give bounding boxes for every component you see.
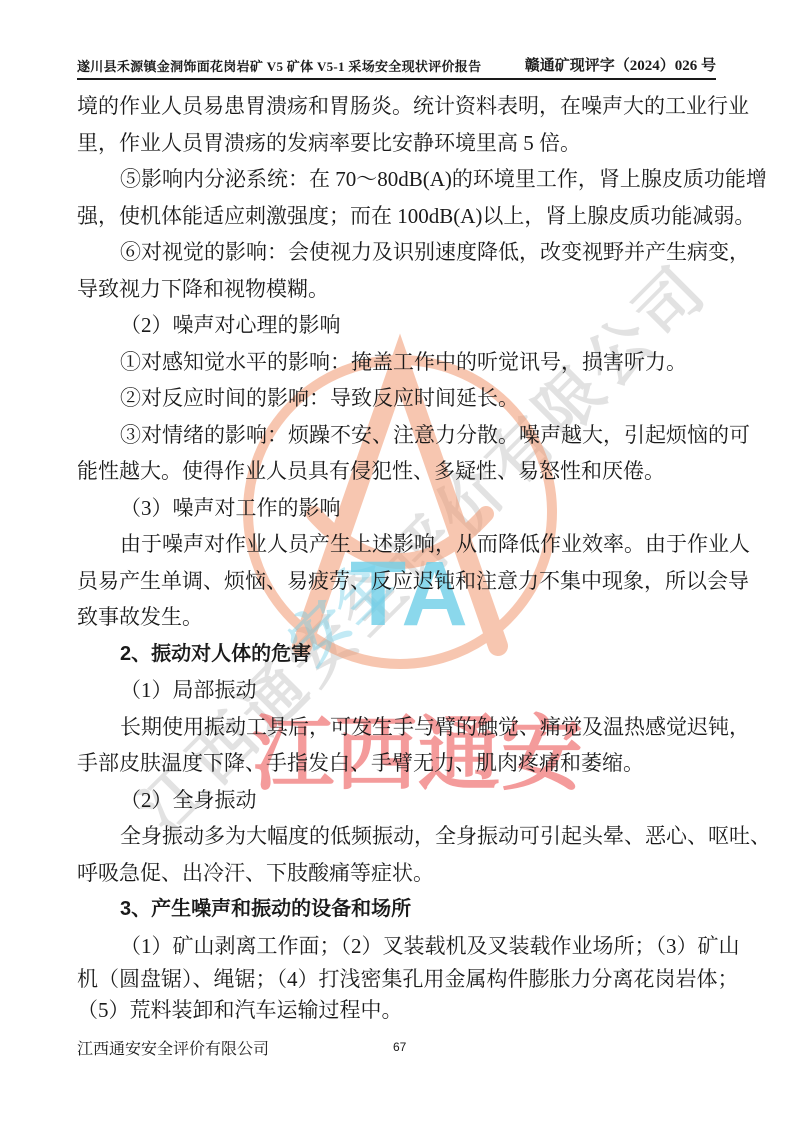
body-line: （2）全身振动 [77,782,722,819]
page-footer: 江西通安安全评价有限公司 67 [77,1036,716,1060]
header-report-title: 遂川县禾源镇金洞饰面花岗岩矿 V5 矿体 V5-1 采场安全现状评价报告 [77,56,481,75]
body-line: （5）荒料装卸和汽车运输过程中。 [77,995,722,1026]
body-line: （1）矿山剥离工作面；（2）叉装载机及叉装载作业场所；（3）矿山 [77,928,722,965]
footer-company-name: 江西通安安全评价有限公司 [77,1036,269,1059]
page-content: 遂川县禾源镇金洞饰面花岗岩矿 V5 矿体 V5-1 采场安全现状评价报告 赣通矿… [0,0,793,1122]
body-line: 手部皮肤温度下降、手指发白、手臂无力、肌肉疼痛和萎缩。 [77,745,722,782]
body-line: 长期使用振动工具后，可发生手与臂的触觉、痛觉及温热感觉迟钝， [77,709,722,746]
body-line: 员易产生单调、烦恼、易疲劳、反应迟钝和注意力不集中现象，所以会导 [77,563,722,600]
body-line: （3）噪声对工作的影响 [77,490,722,527]
page-number: 67 [393,1040,406,1054]
body-text: 境的作业人员易患胃溃疡和胃肠炎。统计资料表明，在噪声大的工业行业里，作业人员胃溃… [77,88,722,1026]
body-line: 境的作业人员易患胃溃疡和胃肠炎。统计资料表明，在噪声大的工业行业 [77,88,722,125]
body-line: 由于噪声对作业人员产生上述影响，从而降低作业效率。由于作业人 [77,526,722,563]
section-heading: 2、振动对人体的危害 [77,636,722,673]
body-line: ⑥对视觉的影响：会使视力及识别速度降低，改变视野并产生病变， [77,234,722,271]
document-page: 江西通安全评价有限公司 安全 TA 江西通安 遂川县禾源镇金洞饰面花岗岩矿 V5… [0,0,793,1122]
header-document-number: 赣通矿现评字（2024）026 号 [525,54,716,75]
body-line: 里，作业人员胃溃疡的发病率要比安静环境里高 5 倍。 [77,125,722,162]
body-line: ⑤影响内分泌系统：在 70～80dB(A)的环境里工作，肾上腺皮质功能增 [77,161,722,198]
body-line: 机（圆盘锯）、绳锯；（4）打浅密集孔用金属构件膨胀力分离花岗岩体； [77,964,722,995]
body-line: （2）噪声对心理的影响 [77,307,722,344]
section-heading: 3、产生噪声和振动的设备和场所 [77,891,722,928]
page-header: 遂川县禾源镇金洞饰面花岗岩矿 V5 矿体 V5-1 采场安全现状评价报告 赣通矿… [77,50,716,80]
body-line: 致事故发生。 [77,599,722,636]
body-line: ③对情绪的影响：烦躁不安、注意力分散。噪声越大，引起烦恼的可 [77,417,722,454]
body-line: 呼吸急促、出冷汗、下肢酸痛等症状。 [77,855,722,892]
body-line: ①对感知觉水平的影响：掩盖工作中的听觉讯号，损害听力。 [77,344,722,381]
body-line: 能性越大。使得作业人员具有侵犯性、多疑性、易怒性和厌倦。 [77,453,722,490]
body-line: 强，使机体能适应刺激强度；而在 100dB(A)以上，肾上腺皮质功能减弱。 [77,198,722,235]
body-line: 全身振动多为大幅度的低频振动，全身振动可引起头晕、恶心、呕吐、 [77,818,722,855]
body-line: ②对反应时间的影响：导致反应时间延长。 [77,380,722,417]
body-line: 导致视力下降和视物模糊。 [77,271,722,308]
body-line: （1）局部振动 [77,672,722,709]
